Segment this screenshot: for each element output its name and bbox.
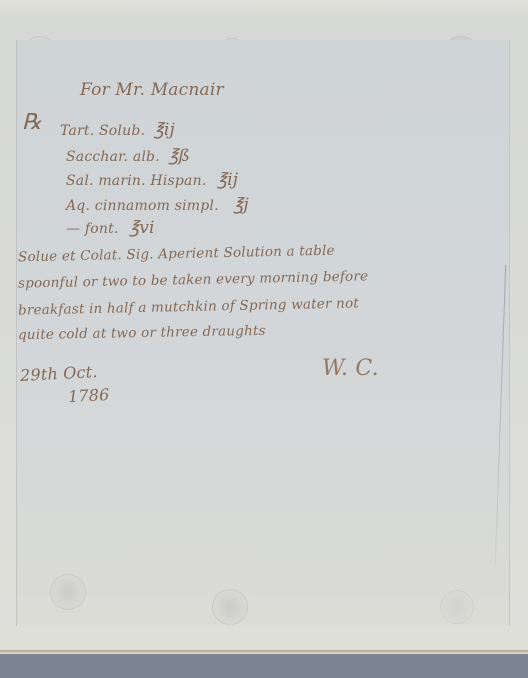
mounting-tab-mark xyxy=(50,574,86,610)
date-year: 1786 xyxy=(68,385,110,406)
ingredient-line: — font. ℥vi xyxy=(66,218,155,238)
ingredient-name: — font. xyxy=(66,221,119,237)
ingredient-dose: ℥ij xyxy=(154,120,175,140)
ingredient-dose: ℥ij xyxy=(217,170,238,190)
ingredient-line: Sacchar. alb. ℥ß xyxy=(66,146,190,166)
ingredient-line: Tart. Solub. ℥ij xyxy=(60,120,175,140)
background-band xyxy=(0,654,528,678)
ingredient-name: Sal. marin. Hispan. xyxy=(66,173,206,189)
ingredient-dose: ℥vi xyxy=(129,218,154,238)
paper-tear-line xyxy=(495,265,506,565)
signature: W. C. xyxy=(322,356,379,381)
ingredient-dose: ℥j xyxy=(233,195,249,215)
date-day-month: 29th Oct. xyxy=(20,362,98,385)
mounting-tab-mark xyxy=(440,590,474,624)
ingredient-name: Tart. Solub. xyxy=(60,123,145,139)
ingredient-line: Sal. marin. Hispan. ℥ij xyxy=(66,170,238,190)
ingredient-name: Sacchar. alb. xyxy=(66,149,160,165)
mount-top-edge xyxy=(0,0,528,19)
ingredient-dose: ℥ß xyxy=(169,146,191,166)
rx-symbol: ℞ xyxy=(22,110,42,135)
addressee-heading: For Mr. Macnair xyxy=(80,80,224,100)
ingredient-line: Aq. cinnamom simpl. ℥j xyxy=(66,195,249,215)
ingredient-name: Aq. cinnamom simpl. xyxy=(66,198,219,214)
mounting-tab-mark xyxy=(212,589,248,625)
